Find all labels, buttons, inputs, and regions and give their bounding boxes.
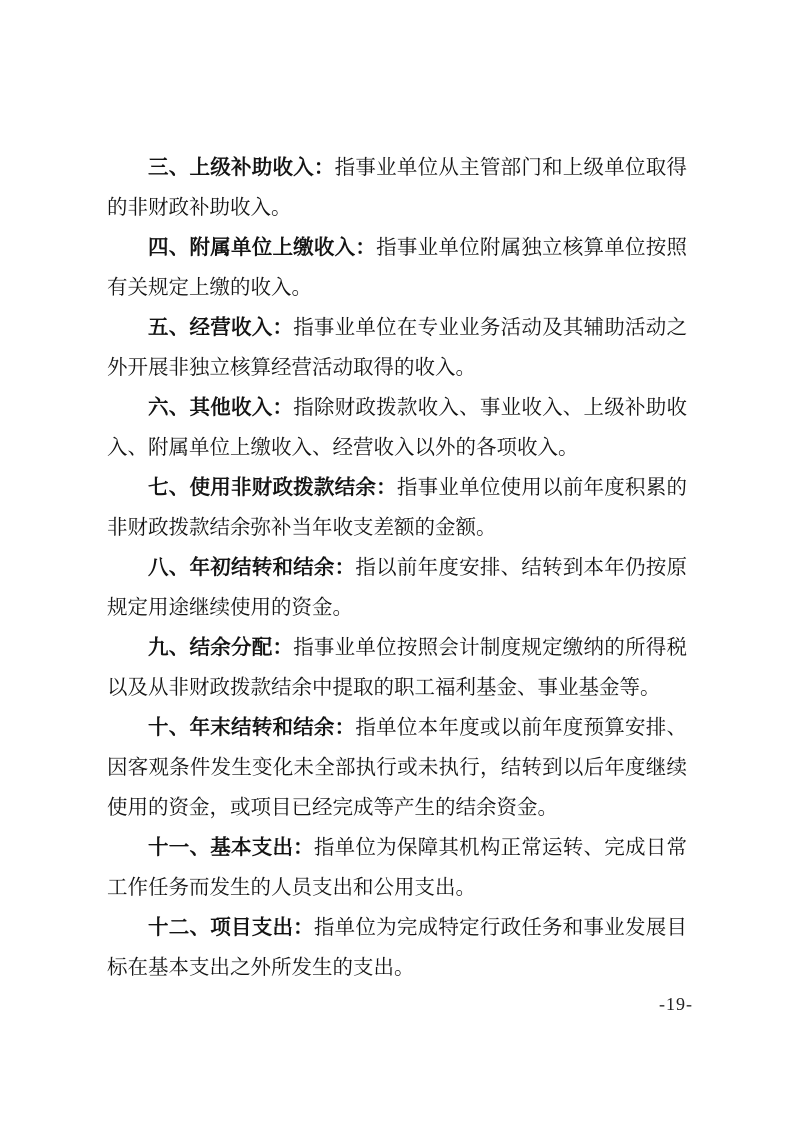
definition-paragraph: 八、年初结转和结余：指以前年度安排、结转到本年仍按原规定用途继续使用的资金。 [107,548,687,628]
definition-paragraph: 九、结余分配：指事业单位按照会计制度规定缴纳的所得税以及从非财政拨款结余中提取的… [107,628,687,708]
definition-term: 十一、基本支出： [148,837,314,859]
definition-term: 三、上级补助收入： [148,157,335,179]
definition-paragraph: 三、上级补助收入：指事业单位从主管部门和上级单位取得的非财政补助收入。 [107,148,687,228]
page-number: -19- [659,994,693,1015]
definition-term: 十、年末结转和结余： [148,717,355,739]
definition-paragraph: 六、其他收入：指除财政拨款收入、事业收入、上级补助收入、附属单位上缴收入、经营收… [107,388,687,468]
definition-term: 九、结余分配： [148,637,293,659]
definition-term: 七、使用非财政拨款结余： [148,477,397,499]
document-body: 三、上级补助收入：指事业单位从主管部门和上级单位取得的非财政补助收入。 四、附属… [107,148,687,988]
definition-term: 六、其他收入： [148,397,293,419]
definition-term: 四、附属单位上缴收入： [148,237,376,259]
definition-term: 八、年初结转和结余： [148,557,355,579]
definition-paragraph: 十一、基本支出：指单位为保障其机构正常运转、完成日常工作任务而发生的人员支出和公… [107,828,687,908]
document-page: 三、上级补助收入：指事业单位从主管部门和上级单位取得的非财政补助收入。 四、附属… [0,0,793,1122]
definition-paragraph: 十二、项目支出：指单位为完成特定行政任务和事业发展目标在基本支出之外所发生的支出… [107,908,687,988]
definition-paragraph: 五、经营收入：指事业单位在专业业务活动及其辅助活动之外开展非独立核算经营活动取得… [107,308,687,388]
definition-term: 五、经营收入： [148,317,293,339]
definition-paragraph: 七、使用非财政拨款结余：指事业单位使用以前年度积累的非财政拨款结余弥补当年收支差… [107,468,687,548]
definition-paragraph: 十、年末结转和结余：指单位本年度或以前年度预算安排、因客观条件发生变化未全部执行… [107,708,687,828]
definition-term: 十二、项目支出： [148,917,314,939]
definition-paragraph: 四、附属单位上缴收入：指事业单位附属独立核算单位按照有关规定上缴的收入。 [107,228,687,308]
